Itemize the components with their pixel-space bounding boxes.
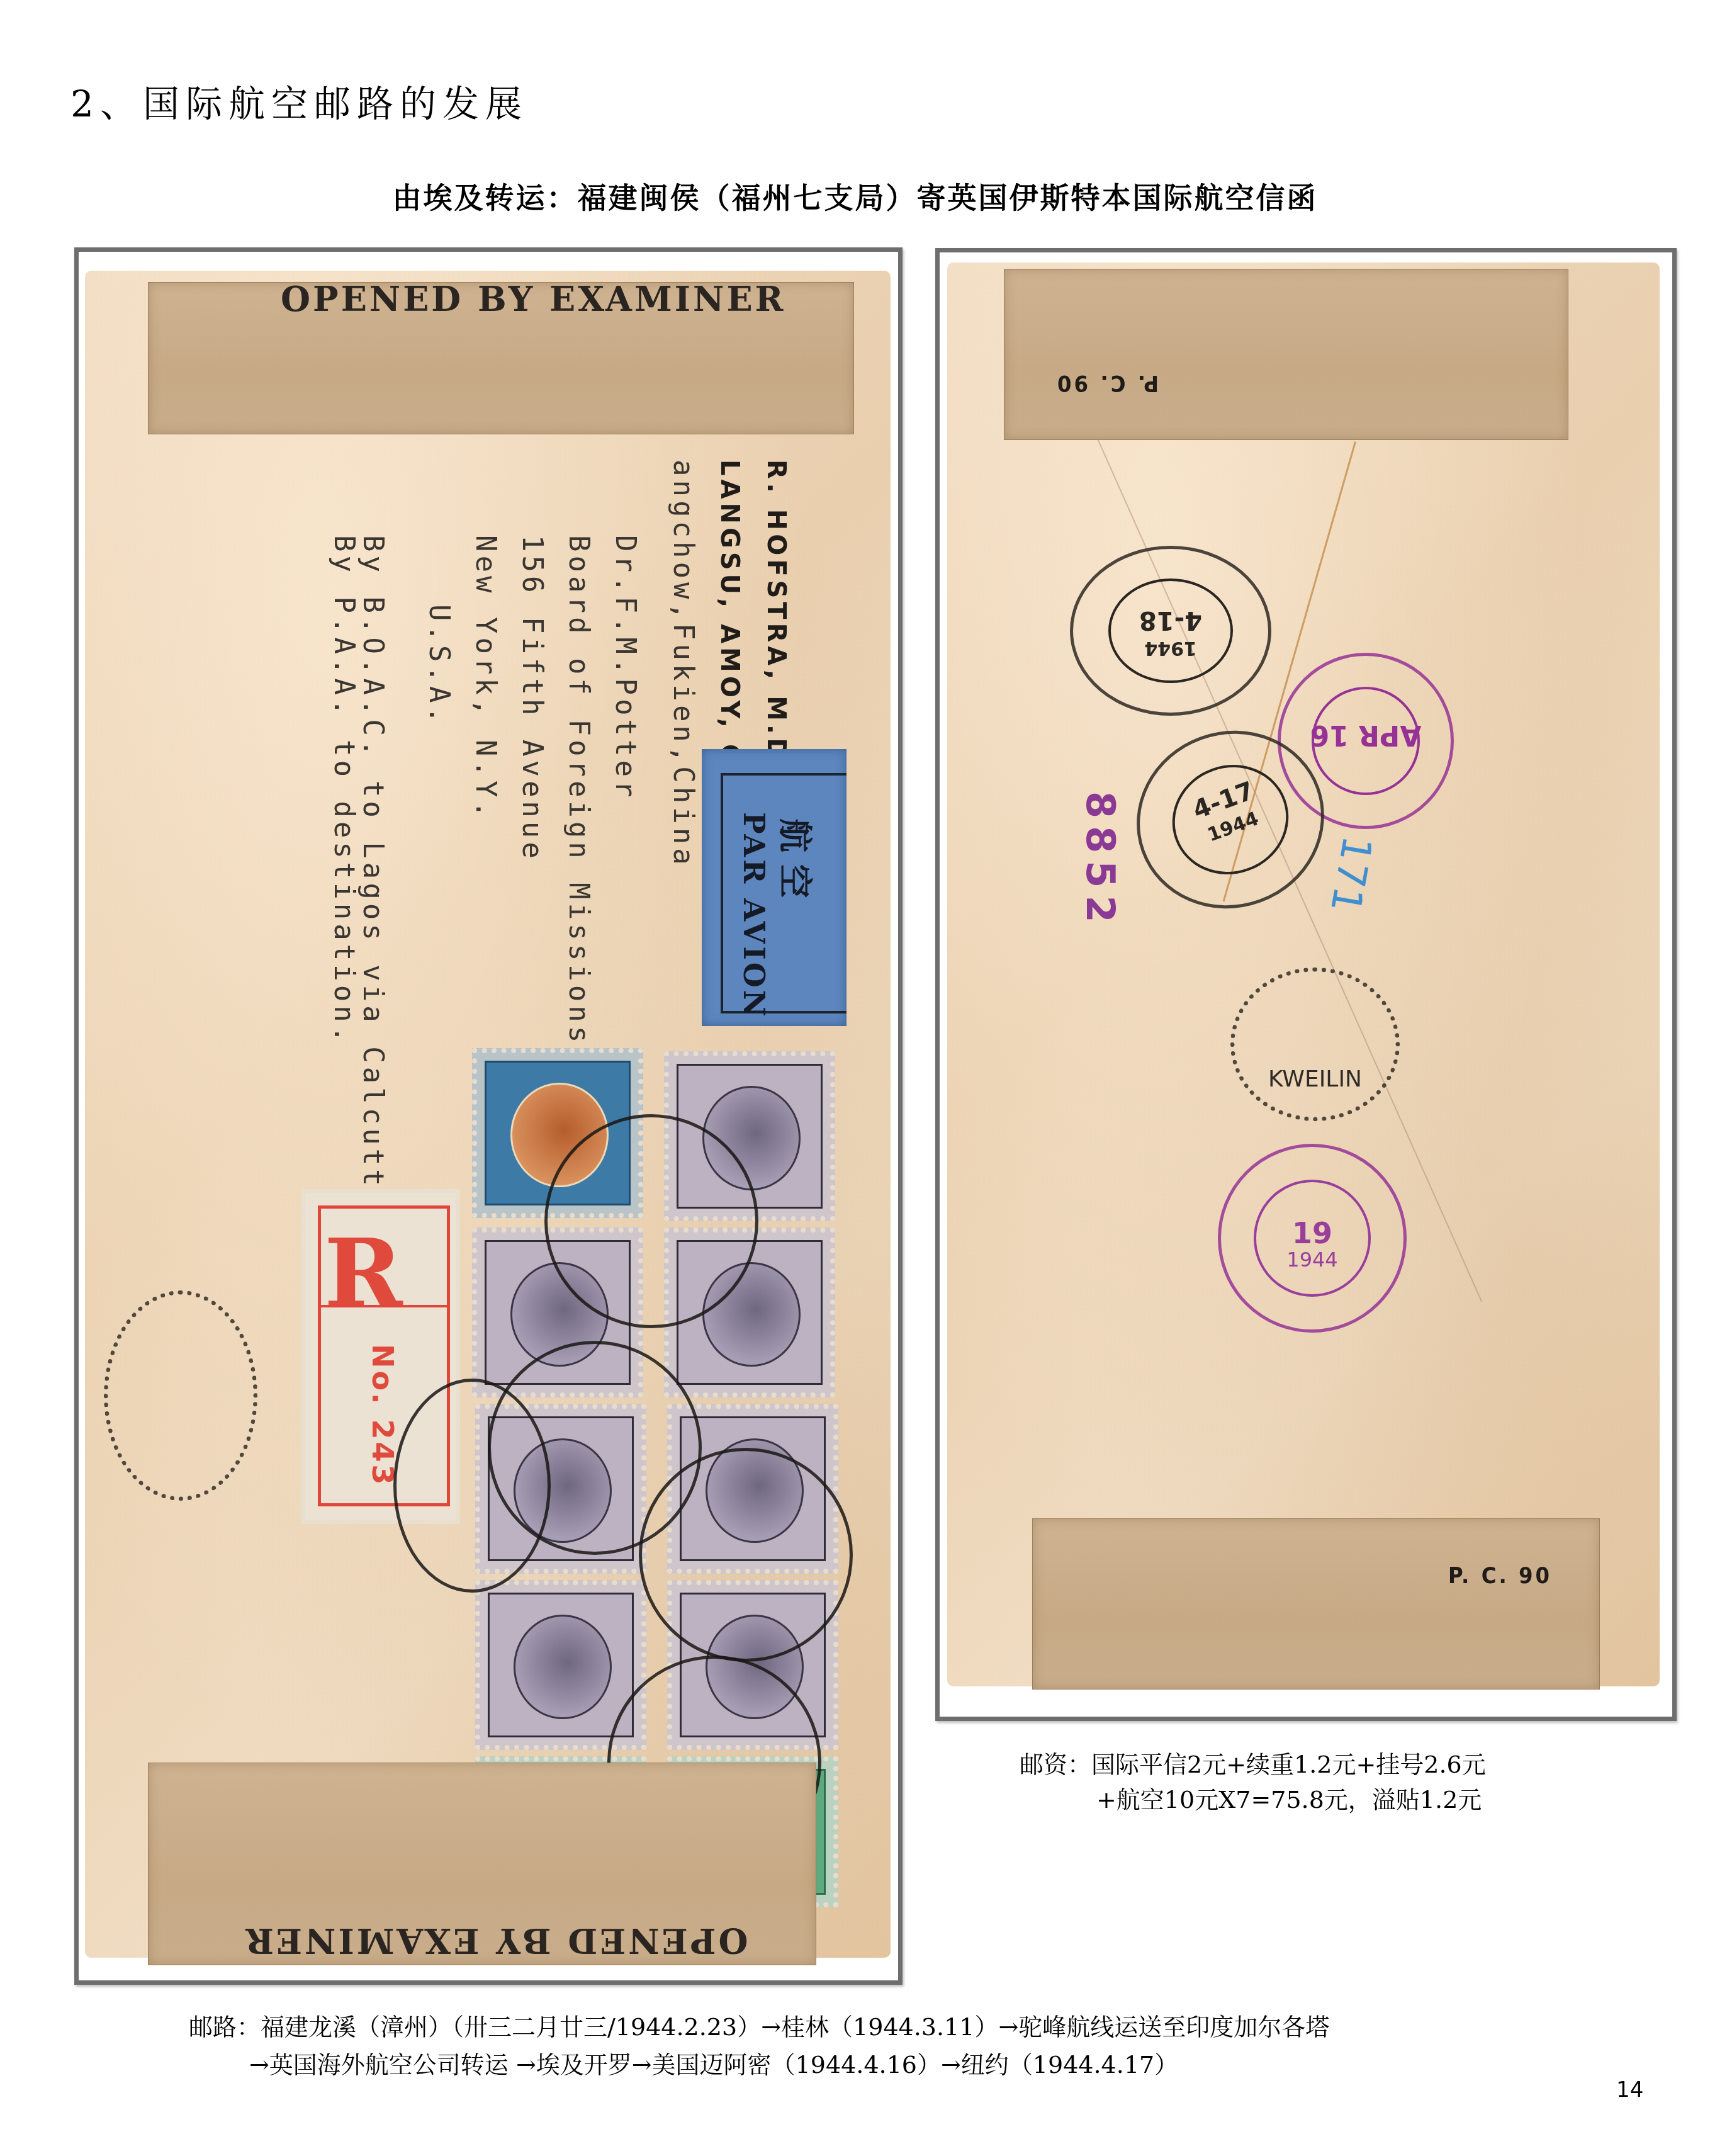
postmark-longxi — [393, 1379, 551, 1593]
postage-line: +航空10元X7=75.8元，溢贴1.2元 — [1020, 1782, 1486, 1817]
censor-tape-top: P. C. 90 — [1004, 269, 1568, 440]
postage-note: 邮资：国际平信2元+续重1.2元+挂号2.6元 +航空10元X7=75.8元，溢… — [1020, 1747, 1486, 1817]
censor-tape-text: OPENED BY EXAMINER — [243, 1921, 748, 1961]
censor-tape-bottom: P. C. 90 — [1032, 1518, 1600, 1690]
postmark-date: 19 — [1221, 1216, 1403, 1250]
censor-tape-text: OPENED BY EXAMINER — [281, 279, 785, 319]
airmail-chinese: 航 空 — [773, 818, 821, 898]
postmark-year: 1944 — [1221, 1248, 1403, 1272]
spacer — [388, 535, 415, 1190]
registry-number: 8852 — [1077, 791, 1123, 930]
postmark-date: APR 16 — [1281, 719, 1451, 751]
registration-letter: R — [324, 1218, 403, 1329]
address-line: U.S.A. — [415, 535, 462, 1190]
postmark-fujian — [639, 1448, 853, 1662]
postmark-kweilin — [104, 1290, 257, 1501]
postmark-fujian — [544, 1114, 758, 1328]
postmark-date: 4-18 — [1073, 606, 1268, 635]
route-line: 邮路：福建龙溪（漳州）（卅三二月廿三/1944.2.23）→桂林（1944.3.… — [189, 2008, 1329, 2046]
cover-back-frame: P. C. 90 4-18 1944 APR 16 4-17 1944 8852… — [935, 248, 1677, 1721]
exhibit-subtitle: 由埃及转运：福建闽侯（福州七支局）寄英国伊斯特本国际航空信函 — [0, 175, 1710, 217]
route-line: →英国海外航空公司转运 →埃及开罗→美国迈阿密（1944.4.16）→纽约（19… — [189, 2046, 1329, 2084]
airmail-french: PAR AVION — [737, 812, 771, 1019]
postmark-year: 1944 — [1073, 637, 1268, 659]
cover-front-envelope: OPENED BY EXAMINER R. HOFSTRA, M.D. LANG… — [85, 271, 891, 1958]
airmail-label: 航 空 PAR AVION — [702, 749, 847, 1026]
pc90-mark: P. C. 90 — [1448, 1563, 1552, 1589]
cover-front-frame: OPENED BY EXAMINER R. HOFSTRA, M.D. LANG… — [74, 247, 903, 1985]
pc90-mark: P. C. 90 — [1055, 370, 1159, 396]
registration-divider — [318, 1305, 450, 1307]
route-note: 邮路：福建龙溪（漳州）（卅三二月廿三/1944.2.23）→桂林（1944.3.… — [189, 2008, 1329, 2084]
routing-line: By B.O.A.C. to Lagos via Calcutta — [358, 535, 387, 1210]
routing-instructions: By B.O.A.C. to Lagos via Calcutta By P.A… — [329, 535, 387, 1210]
page-number: 14 — [1616, 2077, 1643, 2102]
postmark-newyork-418: 4-18 1944 — [1070, 546, 1271, 716]
routing-line: By P.A.A. to destination. — [329, 535, 358, 1210]
section-title: 2、国际航空邮路的发展 — [70, 74, 528, 127]
sender-line: angchow,Fukien,China — [660, 460, 706, 869]
censor-tape-top: OPENED BY EXAMINER — [148, 282, 854, 434]
postage-line: 邮资：国际平信2元+续重1.2元+挂号2.6元 — [1020, 1747, 1486, 1782]
censor-tape-bottom: OPENED BY EXAMINER — [148, 1763, 816, 1965]
pencil-annotation: 171 — [1321, 832, 1380, 916]
postmark-kweilin: KWEILIN — [1230, 968, 1400, 1121]
postmark-madison-square: 19 1944 — [1218, 1144, 1407, 1333]
postmark-city: KWEILIN — [1235, 1066, 1395, 1092]
cover-back-envelope: P. C. 90 4-18 1944 APR 16 4-17 1944 8852… — [947, 262, 1660, 1686]
